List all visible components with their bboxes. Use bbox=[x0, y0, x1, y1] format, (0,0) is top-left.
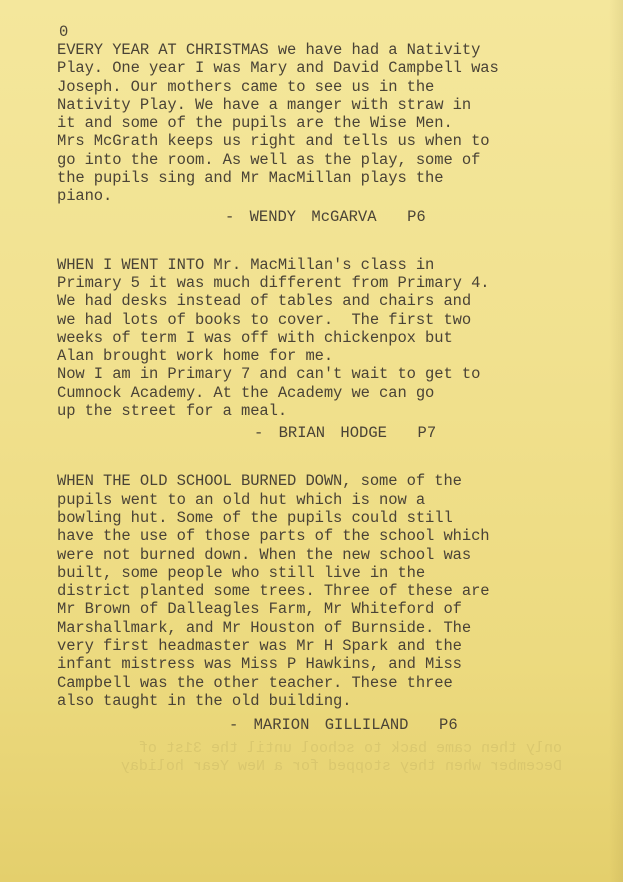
entry-line: Play. One year I was Mary and David Camp… bbox=[57, 59, 617, 77]
entry-line: were not burned down. When the new schoo… bbox=[57, 546, 617, 564]
entry-line: up the street for a meal. bbox=[57, 402, 617, 420]
entry-line: infant mistress was Miss P Hawkins, and … bbox=[57, 655, 617, 673]
entry-line: Cumnock Academy. At the Academy we can g… bbox=[57, 384, 617, 402]
entry-line: WHEN I WENT INTO Mr. MacMillan's class i… bbox=[57, 256, 617, 274]
entry-old-school: WHEN THE OLD SCHOOL BURNED DOWN, some of… bbox=[57, 472, 617, 734]
entry-line: it and some of the pupils are the Wise M… bbox=[57, 114, 617, 132]
entry-line: very first headmaster was Mr H Spark and… bbox=[57, 637, 617, 655]
entry-line: built, some people who still live in the bbox=[57, 564, 617, 582]
entry-line: weeks of term I was off with chickenpox … bbox=[57, 329, 617, 347]
page-marker: 0 bbox=[59, 24, 617, 41]
entry-line: we had lots of books to cover. The first… bbox=[57, 311, 617, 329]
entry-line: Nativity Play. We have a manger with str… bbox=[57, 96, 617, 114]
entry-line: piano. bbox=[57, 187, 617, 205]
entry-line: have the use of those parts of the schoo… bbox=[57, 527, 617, 545]
entry-line: pupils went to an old hut which is now a bbox=[57, 491, 617, 509]
entry-nativity-play: EVERY YEAR AT CHRISTMAS we have had a Na… bbox=[57, 41, 617, 226]
entry-line: also taught in the old building. bbox=[57, 692, 617, 710]
entry-line: go into the room. As well as the play, s… bbox=[57, 151, 617, 169]
entry-line: Joseph. Our mothers came to see us in th… bbox=[57, 78, 617, 96]
typed-document: 0 EVERY YEAR AT CHRISTMAS we have had a … bbox=[57, 24, 617, 734]
bleed-through-text: only then came back to school until the … bbox=[20, 740, 580, 776]
entry-line: EVERY YEAR AT CHRISTMAS we have had a Na… bbox=[57, 41, 617, 59]
entry-line: Campbell was the other teacher. These th… bbox=[57, 674, 617, 692]
entry-line: WHEN THE OLD SCHOOL BURNED DOWN, some of… bbox=[57, 472, 617, 490]
entry-line: Alan brought work home for me. bbox=[57, 347, 617, 365]
entry-line: Primary 5 it was much different from Pri… bbox=[57, 274, 617, 292]
entry-line: Mr Brown of Dalleagles Farm, Mr Whitefor… bbox=[57, 600, 617, 618]
author-signature: - WENDY McGARVA P6 bbox=[225, 208, 617, 226]
entry-line: the pupils sing and Mr MacMillan plays t… bbox=[57, 169, 617, 187]
author-signature: - MARION GILLILAND P6 bbox=[229, 716, 617, 734]
entry-line: district planted some trees. Three of th… bbox=[57, 582, 617, 600]
entry-primary-class: WHEN I WENT INTO Mr. MacMillan's class i… bbox=[57, 256, 617, 443]
entry-line: Now I am in Primary 7 and can't wait to … bbox=[57, 365, 617, 383]
entry-line: Marshallmark, and Mr Houston of Burnside… bbox=[57, 619, 617, 637]
entry-line: bowling hut. Some of the pupils could st… bbox=[57, 509, 617, 527]
entry-line: We had desks instead of tables and chair… bbox=[57, 292, 617, 310]
author-signature: - BRIAN HODGE P7 bbox=[254, 424, 617, 442]
entry-line: Mrs McGrath keeps us right and tells us … bbox=[57, 132, 617, 150]
